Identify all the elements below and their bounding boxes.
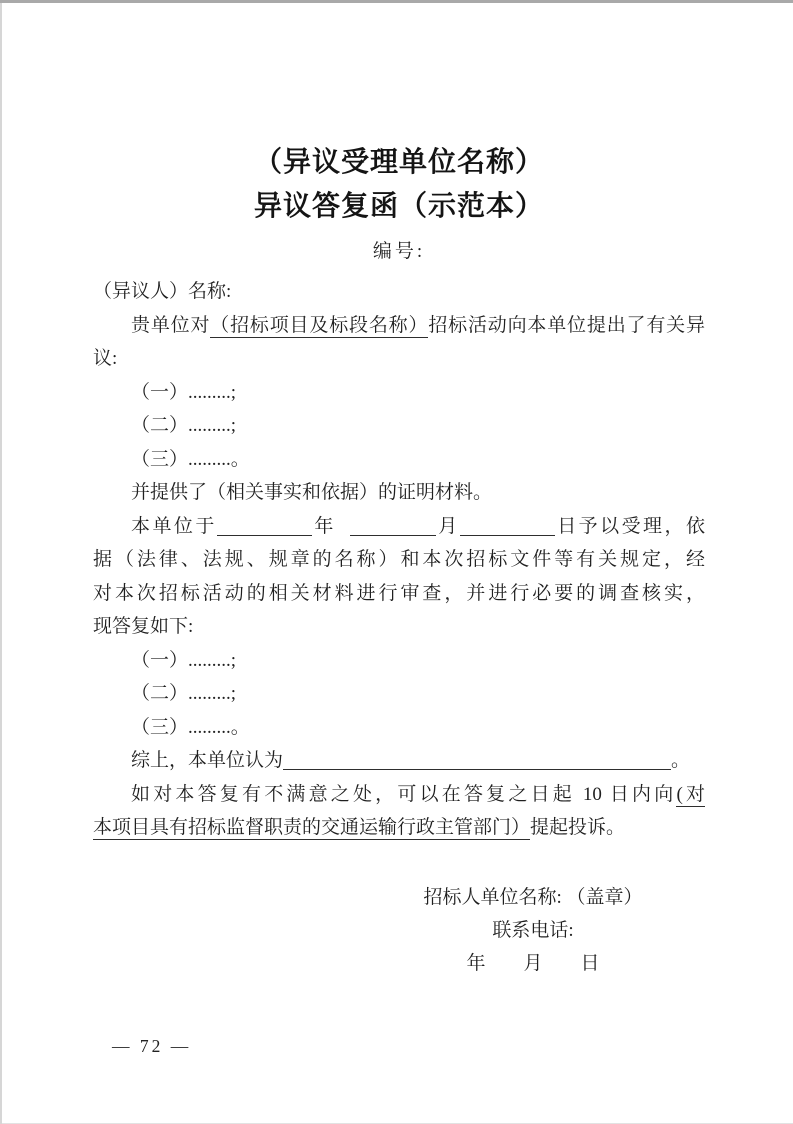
text-segment: 年 — [312, 516, 336, 537]
text-segment: 对本次招标活动的相关材料进行审查，并进行必要的调查核实， — [93, 583, 705, 604]
signature-block: 招标人单位名称: （盖章） 联系电话: 年 月 日 — [403, 881, 663, 980]
text-segment: （三）.........。 — [131, 717, 250, 738]
text-segment: 据（法律、法规、规章的名称）和本次招标文件等有关规定，经 — [93, 549, 705, 570]
text-segment: （一）.........; — [131, 650, 236, 671]
doc-line: （三）.........。 — [93, 443, 705, 477]
spacer — [336, 531, 350, 532]
doc-line: 综上，本单位认为。 — [93, 744, 705, 778]
doc-line: （二）.........; — [93, 677, 705, 711]
document-title-line2: 异议答复函（示范本） — [93, 185, 705, 229]
text-segment: （二）.........; — [131, 683, 236, 704]
doc-line: （三）.........。 — [93, 711, 705, 745]
doc-line: 据（法律、法规、规章的名称）和本次招标文件等有关规定，经 — [93, 543, 705, 577]
signature-phone: 联系电话: — [403, 914, 663, 947]
blank-fill-line — [350, 516, 436, 536]
text-segment: 提起投诉。 — [530, 817, 625, 838]
signature-unit-name: 招标人单位名称: （盖章） — [403, 881, 663, 914]
text-segment: 并提供了（相关事实和依据）的证明材料。 — [131, 482, 492, 503]
scanned-document-page: （异议受理单位名称） 异议答复函（示范本） 编号: （异议人）名称:贵单位对（招… — [0, 0, 793, 1124]
doc-line: 贵单位对（招标项目及标段名称）招标活动向本单位提出了有关异 — [93, 309, 705, 343]
text-segment: 本单位于 — [131, 516, 217, 537]
document-body: （异议人）名称:贵单位对（招标项目及标段名称）招标活动向本单位提出了有关异议:（… — [93, 275, 705, 845]
underlined-segment: （招标项目及标段名称） — [210, 315, 428, 338]
doc-line: 议: — [93, 342, 705, 376]
doc-line: （异议人）名称: — [93, 275, 705, 309]
blank-fill-line — [460, 516, 555, 536]
doc-line: 本单位于年月日予以受理，依 — [93, 510, 705, 544]
doc-line: 并提供了（相关事实和依据）的证明材料。 — [93, 476, 705, 510]
text-segment: 贵单位对 — [131, 315, 210, 336]
text-segment: （二）.........; — [131, 415, 236, 436]
document-title-line1: （异议受理单位名称） — [93, 141, 705, 185]
document-number-label: 编号: — [93, 239, 705, 265]
doc-line: 对本次招标活动的相关材料进行审查，并进行必要的调查核实， — [93, 577, 705, 611]
text-segment: 。 — [671, 750, 690, 771]
text-segment: 综上，本单位认为 — [131, 750, 283, 771]
text-segment: 议: — [93, 348, 117, 369]
text-segment: （异议人）名称: — [93, 281, 231, 302]
doc-line: （一）.........; — [93, 644, 705, 678]
underlined-segment: 本项目具有招标监督职责的交通运输行政主管部门） — [93, 817, 530, 840]
document-content: （异议受理单位名称） 异议答复函（示范本） 编号: （异议人）名称:贵单位对（招… — [93, 141, 705, 980]
doc-line: （二）.........; — [93, 409, 705, 443]
doc-line: 现答复如下: — [93, 610, 705, 644]
text-segment: （三）.........。 — [131, 449, 250, 470]
text-segment: （一）.........; — [131, 382, 236, 403]
doc-line: 如对本答复有不满意之处，可以在答复之日起 10 日内向(对 — [93, 778, 705, 812]
blank-fill-line — [283, 750, 671, 770]
text-segment: 现答复如下: — [93, 616, 193, 637]
blank-fill-line — [217, 516, 312, 536]
page-number: — 72 — — [112, 1036, 191, 1057]
text-segment: 月 — [436, 516, 460, 537]
underlined-segment: (对 — [676, 784, 705, 807]
doc-line: 本项目具有招标监督职责的交通运输行政主管部门）提起投诉。 — [93, 811, 705, 845]
doc-line: （一）.........; — [93, 376, 705, 410]
text-segment: 日予以受理，依 — [555, 516, 705, 537]
text-segment: 招标活动向本单位提出了有关异 — [428, 315, 705, 336]
text-segment: 如对本答复有不满意之处，可以在答复之日起 10 日内向 — [131, 784, 676, 805]
signature-date: 年 月 日 — [403, 947, 663, 980]
